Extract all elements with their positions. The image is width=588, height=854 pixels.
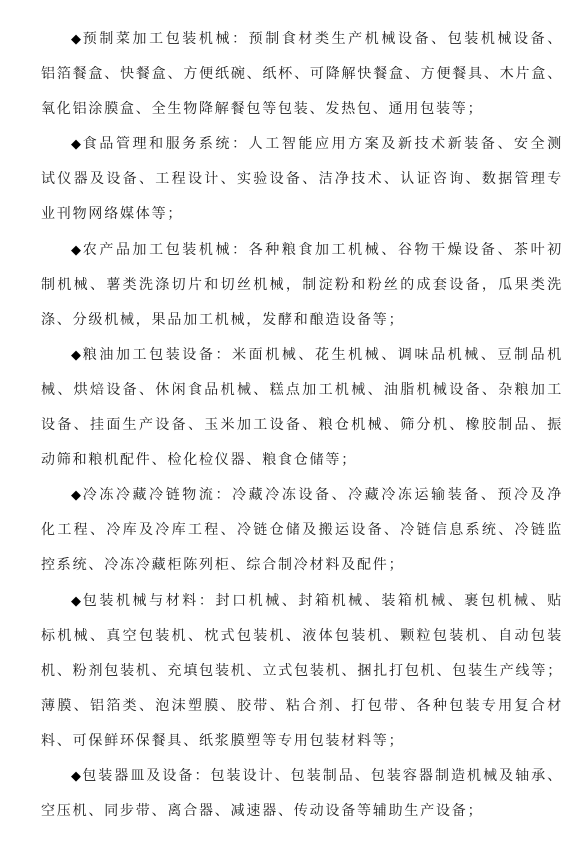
paragraph-prepared-food-machinery: ◆预制菜加工包装机械：预制食材类生产机械设备、包装机械设备、 铝箔餐盒、快餐盒、…	[41, 22, 563, 127]
paragraph-agricultural-processing: ◆农产品加工包装机械：各种粮食加工机械、谷物干燥设备、茶叶初 制机械、薯类洗涤切…	[41, 233, 563, 338]
category-label: 粮油加工包装设备	[83, 347, 216, 363]
paragraph-line: 铝箔餐盒、快餐盒、方便纸碗、纸杯、可降解快餐盒、方便餐具、木片盒、	[41, 57, 563, 92]
paragraph-packaging-containers-equipment: ◆包装器皿及设备：包装设计、包装制品、包装容器制造机械及轴承、 空压机、同步带、…	[41, 759, 563, 829]
line-text: 封口机械、封箱机械、装箱机械、裹包机械、贴	[216, 593, 564, 609]
paragraph-line: 业刊物网络媒体等；	[41, 197, 563, 232]
paragraph-line: 薄膜、铝箔类、泡沫塑膜、胶带、粘合剂、打包带、各种包装专用复合材	[41, 689, 563, 724]
line-text: 各种粮食加工机械、谷物干燥设备、茶叶初	[249, 242, 563, 258]
category-label: 包装机械与材料	[83, 593, 199, 609]
diamond-bullet-icon: ◆	[71, 769, 82, 784]
paragraph-line: 控系统、冷冻冷藏柜陈列柜、综合制冷材料及配件；	[41, 548, 563, 583]
diamond-bullet-icon: ◆	[71, 594, 83, 609]
paragraph-line: ◆农产品加工包装机械：各种粮食加工机械、谷物干燥设备、茶叶初	[41, 233, 563, 268]
paragraph-food-management-systems: ◆食品管理和服务系统：人工智能应用方案及新技术新装备、安全测 试仪器及设备、工程…	[41, 127, 563, 232]
category-label: 冷冻冷藏冷链物流	[83, 487, 216, 503]
category-label: 食品管理和服务系统	[83, 136, 232, 152]
paragraph-grain-oil-equipment: ◆粮油加工包装设备：米面机械、花生机械、调味品机械、豆制品机 械、烘焙设备、休闲…	[41, 338, 563, 478]
paragraph-line: 械、烘焙设备、休闲食品机械、糕点加工机械、油脂机械设备、杂粮加工	[41, 373, 563, 408]
paragraph-line: 标机械、真空包装机、枕式包装机、液体包装机、颗粒包装机、自动包装	[41, 619, 563, 654]
line-text: 人工智能应用方案及新技术新装备、安全测	[249, 136, 563, 152]
line-text: 预制食材类生产机械设备、包装机械设备、	[249, 31, 563, 47]
category-separator: ：	[215, 347, 232, 363]
line-text: 包装设计、包装制品、包装容器制造机械及轴承、	[211, 768, 563, 784]
paragraph-line: 制机械、薯类洗涤切片和切丝机械，制淀粉和粉丝的成套设备，瓜果类洗	[41, 268, 563, 303]
paragraph-line: 料、可保鲜环保餐具、纸浆膜塑等专用包装材料等；	[41, 724, 563, 759]
line-text: 冷藏冷冻设备、冷藏冷冻运输装备、预冷及净	[232, 487, 563, 503]
paragraph-line: 动筛和粮机配件、检化检仪器、粮食仓储等；	[41, 443, 563, 478]
category-separator: ：	[215, 487, 232, 503]
paragraph-line: 试仪器及设备、工程设计、实验设备、洁净技术、认证咨询、数据管理专	[41, 162, 563, 197]
diamond-bullet-icon: ◆	[71, 32, 83, 47]
category-label: 包装器皿及设备	[82, 768, 194, 784]
line-text: 米面机械、花生机械、调味品机械、豆制品机	[232, 347, 563, 363]
diamond-bullet-icon: ◆	[71, 488, 83, 503]
category-label: 预制菜加工包装机械	[83, 31, 232, 47]
paragraph-line: ◆包装机械与材料：封口机械、封箱机械、装箱机械、裹包机械、贴	[41, 584, 563, 619]
paragraph-packaging-machinery-materials: ◆包装机械与材料：封口机械、封箱机械、装箱机械、裹包机械、贴 标机械、真空包装机…	[41, 584, 563, 759]
category-separator: ：	[199, 593, 216, 609]
category-separator: ：	[232, 242, 249, 258]
paragraph-line: ◆包装器皿及设备：包装设计、包装制品、包装容器制造机械及轴承、	[41, 759, 563, 794]
paragraph-line: ◆食品管理和服务系统：人工智能应用方案及新技术新装备、安全测	[41, 127, 563, 162]
category-label: 农产品加工包装机械	[83, 242, 232, 258]
paragraph-line: 化工程、冷库及冷库工程、冷链仓储及搬运设备、冷链信息系统、冷链监	[41, 513, 563, 548]
category-separator: ：	[232, 136, 249, 152]
diamond-bullet-icon: ◆	[71, 137, 83, 152]
category-separator: ：	[232, 31, 249, 47]
paragraph-line: 机、粉剂包装机、充填包装机、立式包装机、捆扎打包机、包装生产线等；	[41, 654, 563, 689]
paragraph-line: 涤、分级机械，果品加工机械，发酵和酿造设备等；	[41, 303, 563, 338]
paragraph-line: ◆预制菜加工包装机械：预制食材类生产机械设备、包装机械设备、	[41, 22, 563, 57]
paragraph-line: 空压机、同步带、离合器、减速器、传动设备等辅助生产设备；	[41, 794, 563, 829]
paragraph-line: 氧化铝涂膜盒、全生物降解餐包等包装、发热包、通用包装等；	[41, 92, 563, 127]
paragraph-line: ◆冷冻冷藏冷链物流：冷藏冷冻设备、冷藏冷冻运输装备、预冷及净	[41, 478, 563, 513]
paragraph-line: ◆粮油加工包装设备：米面机械、花生机械、调味品机械、豆制品机	[41, 338, 563, 373]
paragraph-line: 设备、挂面生产设备、玉米加工设备、粮仓机械、筛分机、橡胶制品、振	[41, 408, 563, 443]
diamond-bullet-icon: ◆	[71, 243, 83, 258]
category-separator: ：	[194, 768, 210, 784]
document-page: ◆预制菜加工包装机械：预制食材类生产机械设备、包装机械设备、 铝箔餐盒、快餐盒、…	[41, 22, 563, 829]
paragraph-cold-chain-logistics: ◆冷冻冷藏冷链物流：冷藏冷冻设备、冷藏冷冻运输装备、预冷及净 化工程、冷库及冷库…	[41, 478, 563, 583]
diamond-bullet-icon: ◆	[71, 348, 83, 363]
